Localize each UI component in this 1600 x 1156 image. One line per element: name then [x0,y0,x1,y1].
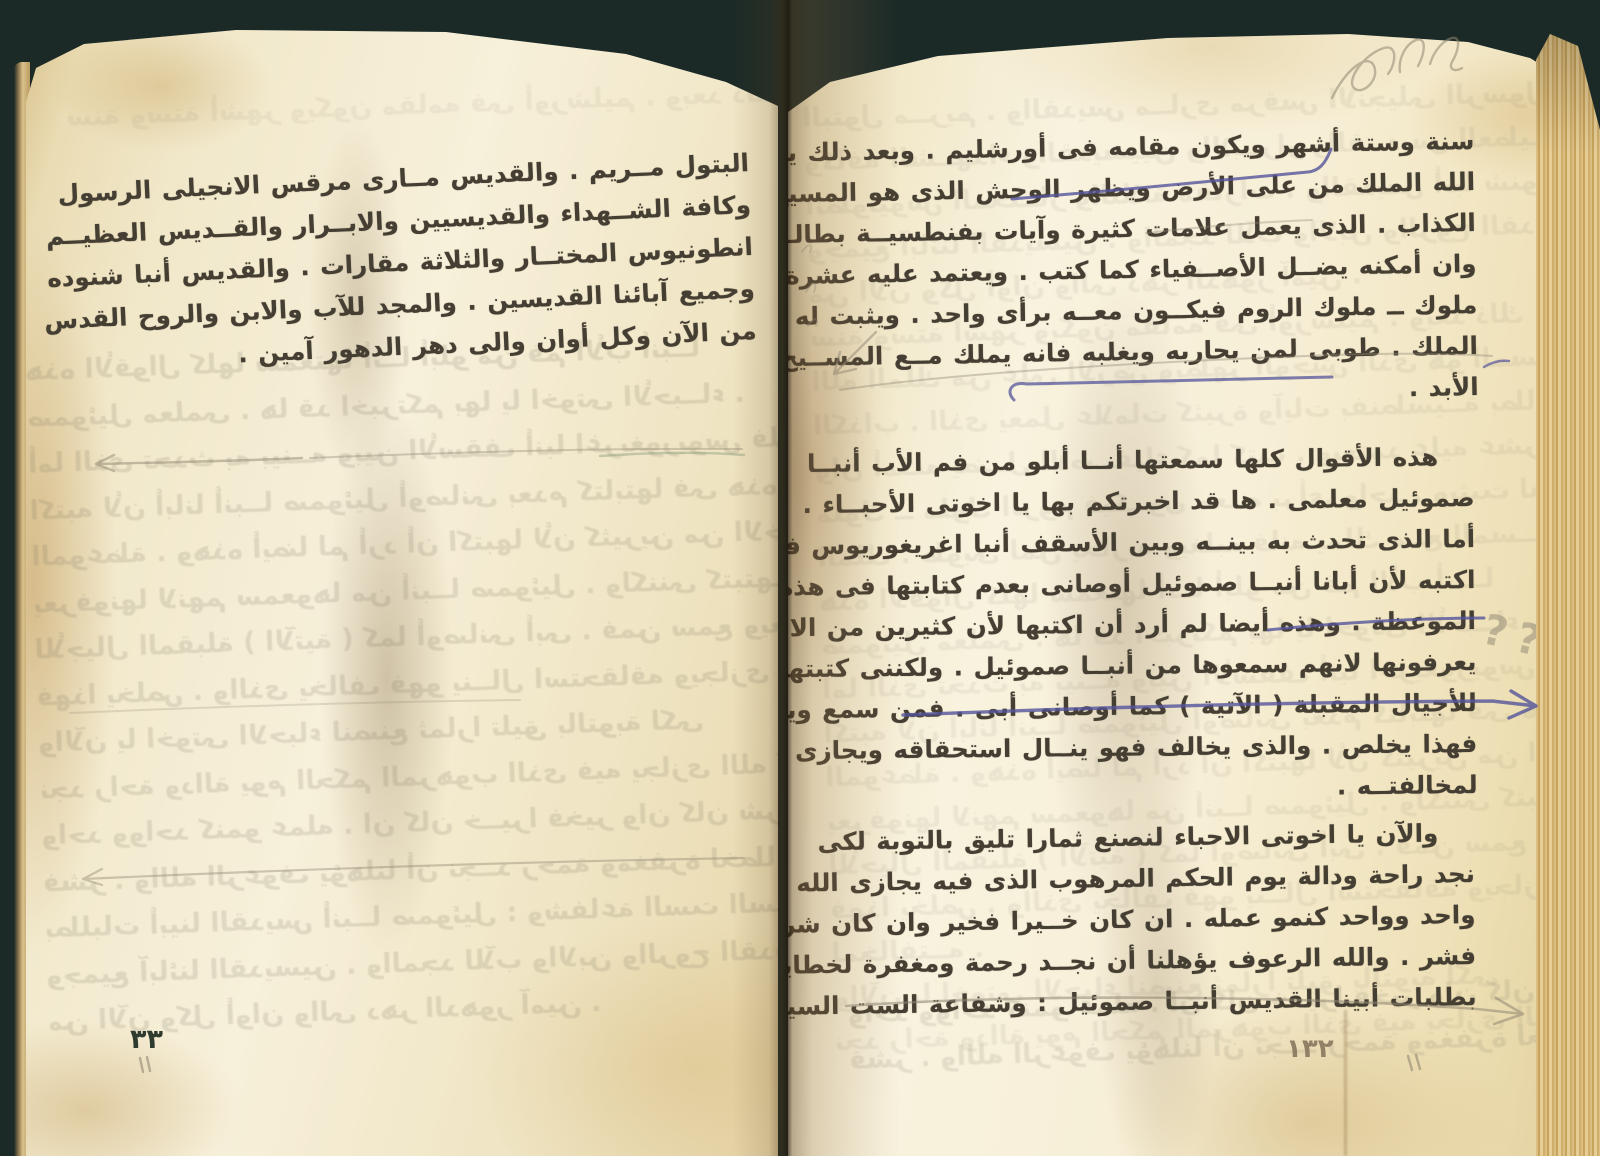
page-stack-edge-right [1536,34,1600,1156]
left-page-number: ٣٣ [130,1024,163,1055]
ghost-text-line: اكتبه لأن أبانا أنبــا صموئيل أوصانى بعد… [29,463,750,535]
ghost-text-line: أما الذى تحدث به بينــه وبين الأسقف أنبا… [27,417,748,489]
ghost-text-line: سنة وستة أشهر ويكون مقامه فى أورشليم . و… [65,72,746,140]
right-page-number: ١٣٢ [1286,1034,1334,1064]
ghost-text-line: واحد وواحد كنمو عمله . ان كان خــيرا فخي… [40,788,761,860]
bleed-through-text: سنة وستة أشهر ويكون مقامه فى أورشليم . و… [65,72,746,140]
ghost-text-line: صموئيل معلمى . ها قد اخبرتكم بها يا اخوت… [26,370,747,442]
ghost-text-line: والآن يا اخوتى الاحباء لنصنع ثمارا تليق … [37,695,758,767]
printed-text-line: هذه الأقوال كلها سمعتها أنــا أبلو من فم… [858,436,1474,483]
ghost-text-line: بطلبات أبينا القديس أنبــا صموئيل : وشفا… [44,881,765,953]
printed-text-line: واحد وواحد كنمو عمله . ان كان خــيرا فخي… [859,894,1476,944]
left-page: سنة وستة أشهر ويكون مقامه فى أورشليم . و… [26,18,778,1156]
ghost-text-line: فشر . والله الرعوف يؤهلنا أن نجــد رحمة … [848,1014,1529,1084]
ghost-text-line: وجميع آبائنا القديسين . والمجد للآب والا… [45,928,766,1000]
printed-text-line: يعرفونها لانهم سمعوها من أنبــا صموئيل .… [860,641,1476,688]
page-crease [1344,1010,1347,1156]
ghost-text-line: فهذا يخلص . والذى يخالف فهو ينــال استحق… [35,649,756,721]
ghost-text-line: للأجيال المقبلة ( الآتية ) كما أوصانى أب… [34,602,755,674]
ghost-text-line: الموعظة . وهذه أيضا لم أرد أن اكتبها لأن… [31,510,752,582]
printed-text-line: بطلبات أبينا القديس أنبــا صموئيل : وشفا… [860,976,1477,1026]
ghost-text-line: فشر . والله الرعوف يؤهلنا أن نجــد رحمة … [42,835,763,907]
printed-text-line: أما الذى تحدث به بينــه وبين الأسقف أنبا… [859,518,1475,565]
printed-text-line: اكتبه لأن أبانا أنبــا صموئيل أوصانى بعد… [859,559,1475,606]
ghost-text-line: نجد راحة ودالة يوم الحكم المرهوب الذى في… [39,742,760,814]
printed-text-line: لمخالفتــه . [861,764,1477,811]
printed-text-line: صموئيل معلمى . ها قد اخبرتكم بها يا اخوت… [858,477,1474,524]
printed-text-line: والآن يا اخوتى الاحباء لنصنع ثمارا تليق … [858,812,1475,862]
right-page-paragraph-1: سنة وستة أشهر ويكون مقامه فى أورشليم . و… [858,120,1479,418]
printed-text-line: فهذا يخلص . والذى يخالف فهو ينــال استحق… [861,723,1477,770]
right-page: البتول مــريم . والقديس مــارى مرقس الان… [788,24,1556,1156]
left-page-printed-paragraph: البتول مــريم . والقديس مــارى مرقس الان… [131,142,758,380]
right-page-paragraph-3: والآن يا اخوتى الاحباء لنصنع ثمارا تليق … [858,812,1477,1026]
right-page-paragraph-2: هذه الأقوال كلها سمعتها أنــا أبلو من فم… [858,436,1478,811]
printed-text-line: الموعظة . وهذه أيضا لم أرد أن اكتبها لأن… [860,600,1476,647]
printed-text-line: للأجيال المقبلة ( الآتية ) كما أوصانى أب… [861,682,1477,729]
scanned-book-spread: سنة وستة أشهر ويكون مقامه فى أورشليم . و… [0,0,1600,1156]
ghost-text-line: يعرفونها لانهم سمعوها من أنبــا صموئيل .… [32,556,753,628]
bleed-through-text: هذه الأقوال كلها سمعتها أنــا أبلو من فم… [26,324,768,1046]
